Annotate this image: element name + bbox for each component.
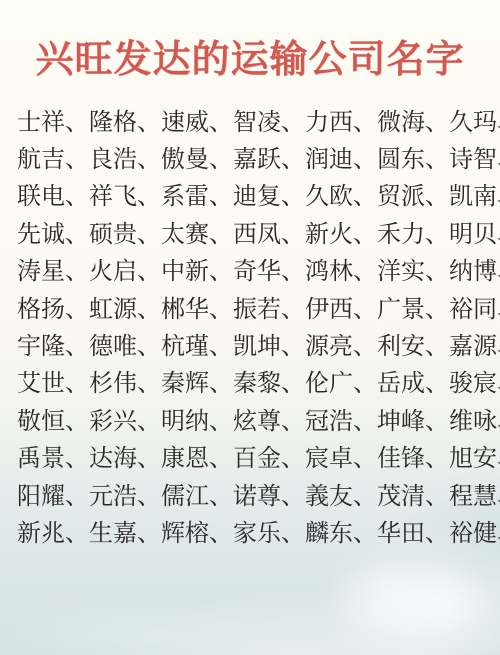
name-line: 士祥、隆格、速威、智凌、力西、微海、久玛、营天 bbox=[17, 104, 483, 141]
name-line: 新兆、生嘉、辉榕、家乐、麟东、华田、裕健、嘉齐 bbox=[17, 515, 483, 552]
name-line: 阳耀、元浩、儒江、诺尊、義友、茂清、程慧、晨超 bbox=[17, 478, 483, 515]
mist-decoration bbox=[0, 560, 500, 655]
name-line: 联电、祥飞、系雷、迪复、久欧、贸派、凯南、尼格 bbox=[17, 179, 483, 216]
name-list: 士祥、隆格、速威、智凌、力西、微海、久玛、营天航吉、良浩、傲曼、嘉跃、润迪、圆东… bbox=[17, 104, 483, 553]
name-line: 格扬、虹源、郴华、振若、伊西、广景、裕同、力心 bbox=[17, 291, 483, 328]
page-title: 兴旺发达的运输公司名字 bbox=[17, 34, 483, 86]
name-line: 禹景、达海、康恩、百金、宸卓、佳锋、旭安、洋禾 bbox=[17, 441, 483, 478]
name-line: 涛星、火启、中新、奇华、鸿林、洋实、纳博、飞优 bbox=[17, 254, 483, 291]
poster: 兴旺发达的运输公司名字 士祥、隆格、速威、智凌、力西、微海、久玛、营天航吉、良浩… bbox=[0, 0, 500, 655]
name-line: 航吉、良浩、傲曼、嘉跃、润迪、圆东、诗智、盛铭 bbox=[17, 141, 483, 178]
name-line: 艾世、杉伟、秦辉、秦黎、伦广、岳成、骏宸、元楚 bbox=[17, 366, 483, 403]
name-line: 宇隆、德唯、杭瑾、凯坤、源亮、利安、嘉源、维源 bbox=[17, 328, 483, 365]
name-line: 敬恒、彩兴、明纳、炫尊、冠浩、坤峰、维咏、天镇 bbox=[17, 403, 483, 440]
name-line: 先诚、硕贵、太赛、西凤、新火、禾力、明贝、营蓝 bbox=[17, 216, 483, 253]
